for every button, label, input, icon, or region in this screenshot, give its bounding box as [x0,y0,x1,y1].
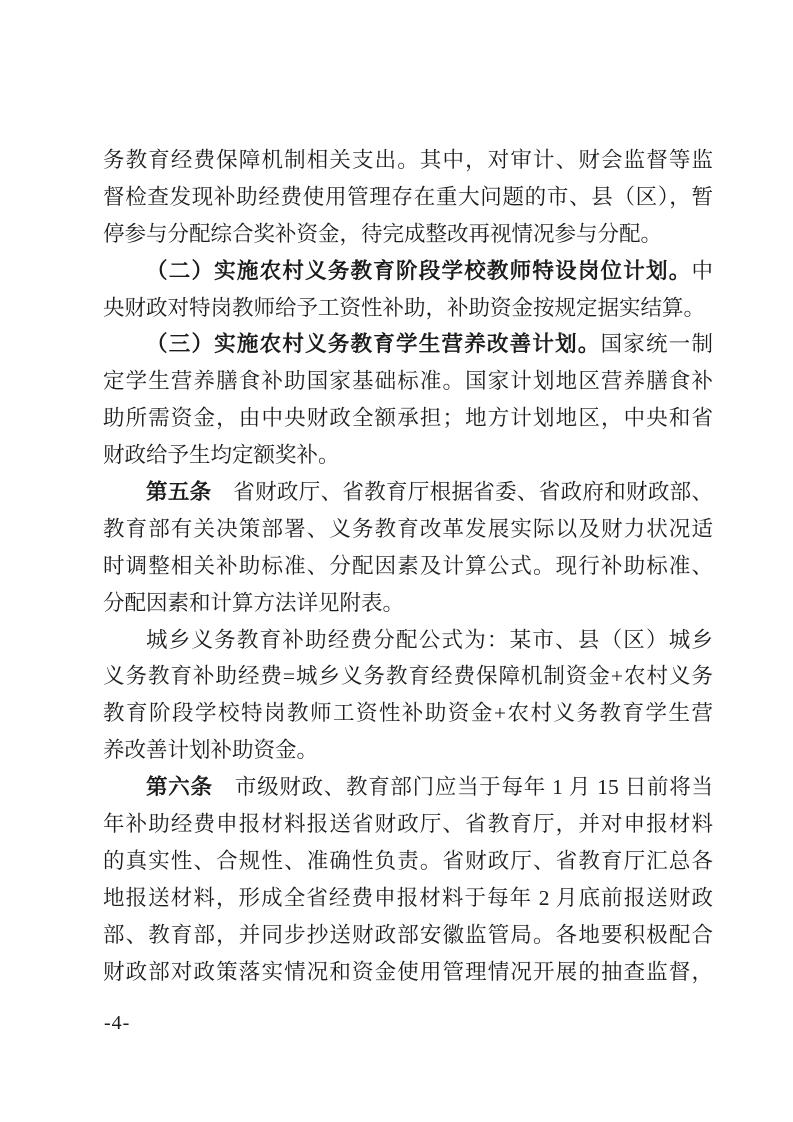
paragraph: 城乡义务教育补助经费分配公式为：某市、县（区）城乡义务教育补助经费=城乡义务教育… [103,622,713,770]
bold-text: （三）实施农村义务教育学生营养改善计划。 [146,332,601,356]
text-line: 的真实性、合规性、准确性负责。省财政厅、省教育厅汇总各 [103,843,713,880]
text-line: 分配因素和计算方法详见附表。 [103,585,713,622]
body-text: 教育阶段学校特岗教师工资性补助资金+农村义务教育学生营 [103,701,713,725]
body-text: 的真实性、合规性、准确性负责。省财政厅、省教育厅汇总各 [103,849,713,873]
text-line: 教育阶段学校特岗教师工资性补助资金+农村义务教育学生营 [103,695,713,732]
text-line: 督检查发现补助经费使用管理存在重大问题的市、县（区），暂 [103,179,713,216]
body-text: 停参与分配综合奖补资金，待完成整改再视情况参与分配。 [103,222,662,246]
paragraph: 务教育经费保障机制相关支出。其中，对审计、财会监督等监督检查发现补助经费使用管理… [103,142,713,253]
body-text: 年补助经费申报材料报送省财政厅、省教育厅，并对申报材料 [103,812,713,836]
text-line: 务教育经费保障机制相关支出。其中，对审计、财会监督等监 [103,142,713,179]
body-text: 部、教育部，并同步抄送财政部安徽监管局。各地要积极配合 [103,923,713,947]
text-line: 教育部有关决策部署、义务教育改革发展实际以及财力状况适 [103,511,713,548]
text-line: （三）实施农村义务教育学生营养改善计划。国家统一制 [103,326,713,363]
body-text: 督检查发现补助经费使用管理存在重大问题的市、县（区），暂 [103,185,713,209]
document-body: 务教育经费保障机制相关支出。其中，对审计、财会监督等监督检查发现补助经费使用管理… [103,142,713,990]
body-text: 定学生营养膳食补助国家基础标准。国家计划地区营养膳食补 [103,369,713,393]
paragraph: （二）实施农村义务教育阶段学校教师特设岗位计划。中央财政对特岗教师给予工资性补助… [103,253,713,327]
body-text: 中 [691,259,713,283]
bold-text: 第五条 [146,480,211,504]
text-line: 央财政对特岗教师给予工资性补助，补助资金按规定据实结算。 [103,290,713,327]
text-line: 地报送材料，形成全省经费申报材料于每年 2 月底前报送财政 [103,880,713,917]
text-line: 停参与分配综合奖补资金，待完成整改再视情况参与分配。 [103,216,713,253]
body-text: 市级财政、教育部门应当于每年 1 月 15 日前将当 [213,775,713,799]
body-text: 分配因素和计算方法详见附表。 [103,591,404,615]
text-line: 第六条 市级财政、教育部门应当于每年 1 月 15 日前将当 [103,769,713,806]
text-line: 养改善计划补助资金。 [103,732,713,769]
body-text: 央财政对特岗教师给予工资性补助，补助资金按规定据实结算。 [103,296,705,320]
body-text: 财政部对政策落实情况和资金使用管理情况开展的抽查监督， [103,960,713,984]
paragraph: 第六条 市级财政、教育部门应当于每年 1 月 15 日前将当年补助经费申报材料报… [103,769,713,990]
text-line: 助所需资金，由中央财政全额承担；地方计划地区，中央和省 [103,400,713,437]
text-line: 定学生营养膳食补助国家基础标准。国家计划地区营养膳食补 [103,363,713,400]
body-text: 教育部有关决策部署、义务教育改革发展实际以及财力状况适 [103,517,713,541]
body-text: 城乡义务教育补助经费分配公式为：某市、县（区）城乡 [146,628,713,652]
bold-text: 第六条 [146,775,213,799]
body-text: 义务教育补助经费=城乡义务教育经费保障机制资金+农村义务 [103,664,713,688]
text-line: 财政部对政策落实情况和资金使用管理情况开展的抽查监督， [103,954,713,991]
body-text: 国家统一制 [601,332,713,356]
text-line: 义务教育补助经费=城乡义务教育经费保障机制资金+农村义务 [103,658,713,695]
text-line: 部、教育部，并同步抄送财政部安徽监管局。各地要积极配合 [103,917,713,954]
page-number: -4- [104,1008,130,1038]
text-line: 财政给予生均定额奖补。 [103,437,713,474]
body-text: 地报送材料，形成全省经费申报材料于每年 2 月底前报送财政 [103,886,713,910]
document-page: 务教育经费保障机制相关支出。其中，对审计、财会监督等监督检查发现补助经费使用管理… [0,0,793,1122]
paragraph: （三）实施农村义务教育学生营养改善计划。国家统一制定学生营养膳食补助国家基础标准… [103,326,713,474]
text-line: 时调整相关补助标准、分配因素及计算公式。现行补助标准、 [103,548,713,585]
paragraph: 第五条 省财政厅、省教育厅根据省委、省政府和财政部、教育部有关决策部署、义务教育… [103,474,713,622]
body-text: 养改善计划补助资金。 [103,738,318,762]
body-text: 助所需资金，由中央财政全额承担；地方计划地区，中央和省 [103,406,713,430]
body-text: 务教育经费保障机制相关支出。其中，对审计、财会监督等监 [103,148,713,172]
text-line: 年补助经费申报材料报送省财政厅、省教育厅，并对申报材料 [103,806,713,843]
text-line: 第五条 省财政厅、省教育厅根据省委、省政府和财政部、 [103,474,713,511]
text-line: 城乡义务教育补助经费分配公式为：某市、县（区）城乡 [103,622,713,659]
body-text: 财政给予生均定额奖补。 [103,443,340,467]
body-text: 时调整相关补助标准、分配因素及计算公式。现行补助标准、 [103,554,713,578]
bold-text: （二）实施农村义务教育阶段学校教师特设岗位计划。 [146,259,691,283]
text-line: （二）实施农村义务教育阶段学校教师特设岗位计划。中 [103,253,713,290]
body-text: 省财政厅、省教育厅根据省委、省政府和财政部、 [211,480,713,504]
